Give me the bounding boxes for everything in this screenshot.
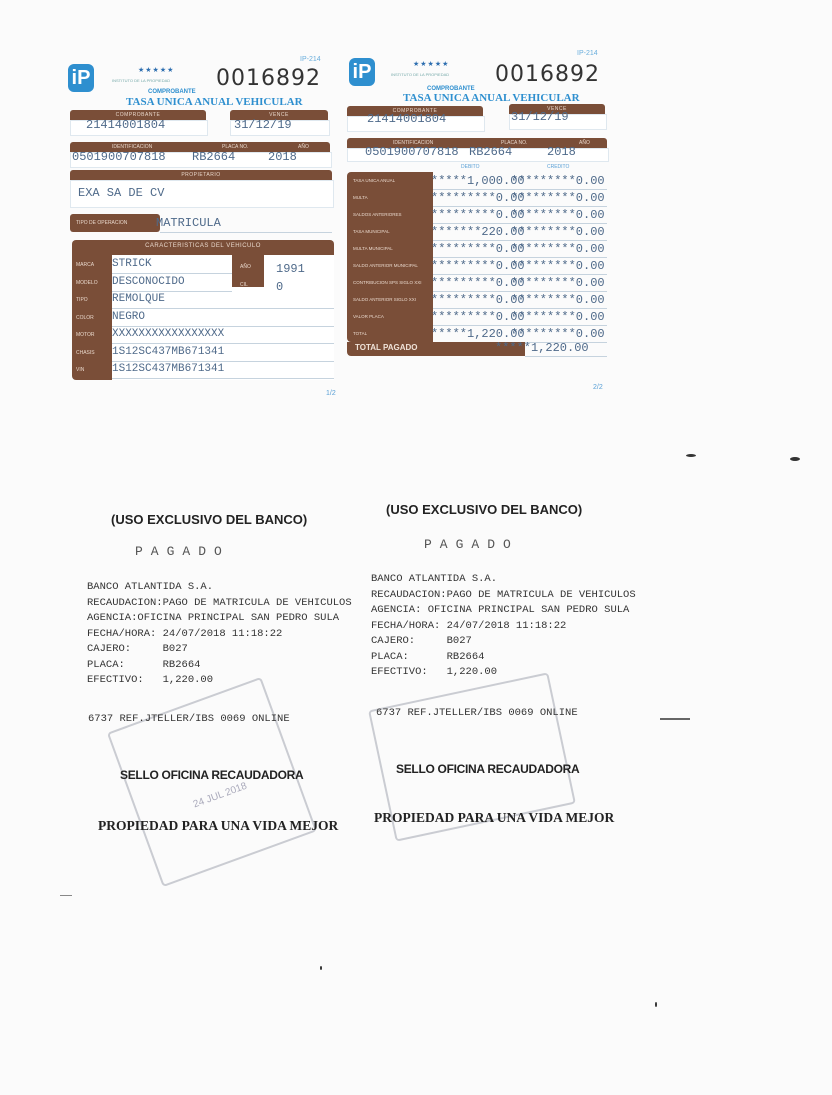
anio-value: 2018	[268, 150, 297, 164]
scan-speck	[790, 457, 800, 461]
receipt-right: iP ★★★★★ INSTITUTO DE LA PROPIEDAD IP-21…	[343, 46, 623, 396]
identificacion-value: 0501900707818	[365, 145, 459, 159]
anio-vehiculo-label: AÑO	[240, 264, 251, 270]
vehicle-label-motor: MOTOR	[76, 332, 95, 338]
charge-credito: *********0.00	[511, 208, 605, 222]
comprobante-subtitle: COMPROBANTE	[148, 89, 196, 95]
charge-label: SALDOS ANTERIORES	[353, 212, 402, 217]
propietario-label: PROPIETARIO	[70, 170, 332, 180]
ministry-name: INSTITUTO DE LA PROPIEDAD	[112, 78, 170, 83]
ip-logo-icon: iP	[349, 58, 375, 86]
slogan: PROPIEDAD PARA UNA VIDA MEJOR	[98, 818, 338, 834]
vehicle-section-title: CARACTERISTICAS DEL VEHICULO	[72, 243, 334, 249]
cil-label: CIL	[240, 282, 248, 288]
vence-value: 31/12/19	[234, 118, 292, 132]
vehicle-label-vin: VIN	[76, 367, 84, 373]
bank-use-header: (USO EXCLUSIVO DEL BANCO)	[386, 502, 582, 517]
charge-label: SALDO ANTERIOR MUNICIPAL	[353, 263, 418, 268]
anio-value: 2018	[547, 145, 576, 159]
charge-label: SALDO ANTERIOR SIGLO XXI	[353, 297, 416, 302]
placa-value: RB2664	[192, 150, 235, 164]
vehicle-label-tipo: TIPO	[76, 297, 88, 303]
vehicle-label-color: COLOR	[76, 315, 94, 321]
vehicle-value-marca: STRICK	[112, 258, 152, 270]
comprobante-value: 21414001804	[86, 118, 165, 132]
vehicle-value-modelo: DESCONOCIDO	[112, 276, 185, 288]
ip-logo-icon: iP	[68, 64, 94, 92]
charge-credito: *********0.00	[511, 225, 605, 239]
anio-vehiculo-value: 1991	[276, 262, 305, 276]
charge-credito: *********0.00	[511, 242, 605, 256]
tipo-operacion-label: TIPO DE OPERACION	[70, 214, 160, 232]
scan-speck	[655, 1002, 657, 1007]
stamp-label: SELLO OFICINA RECAUDADORA	[120, 768, 303, 782]
credito-label: CREDITO	[547, 164, 569, 170]
payment-status: PAGADO	[424, 537, 519, 552]
charge-label: MULTA	[353, 195, 368, 200]
tipo-operacion-value: MATRICULA	[156, 216, 221, 230]
vehicle-value-vin: 1S12SC437MB671341	[112, 363, 224, 375]
charge-label: TASA UNICA ANUAL	[353, 178, 395, 183]
document-title: TASA UNICA ANUAL VEHICULAR	[126, 96, 303, 108]
charge-credito: *********0.00	[511, 276, 605, 290]
vehicle-label-chasis: CHASIS	[76, 350, 95, 356]
charge-label: CONTRIBUCION SPS SIGLO XXI	[353, 280, 422, 285]
scan-speck	[686, 454, 696, 457]
scan-line	[60, 895, 72, 896]
page-number: 1/2	[326, 390, 336, 397]
bank-reference: 6737 REF.JTELLER/IBS 0069 ONLINE	[88, 712, 290, 728]
office-stamp	[107, 677, 317, 887]
receipt-left: iP ★★★★★ INSTITUTO DE LA PROPIEDAD IP-21…	[62, 52, 342, 402]
vehicle-value-color: NEGRO	[112, 311, 145, 323]
propietario-value: EXA SA DE CV	[78, 186, 164, 200]
charge-credito: *********0.00	[511, 327, 605, 341]
vence-value: 31/12/19	[511, 110, 569, 124]
charge-credito: *********0.00	[511, 191, 605, 205]
vehicle-label-marca: MARCA	[76, 262, 94, 268]
debito-label: DEBITO	[461, 164, 480, 170]
bank-use-header: (USO EXCLUSIVO DEL BANCO)	[111, 512, 307, 527]
total-pagado-value: *****1,220.00	[495, 341, 589, 355]
charge-credito: *********0.00	[511, 174, 605, 188]
charge-label: TASA MUNICIPAL	[353, 229, 390, 234]
anio-label: AÑO	[579, 140, 590, 146]
bank-receipt-lines: BANCO ATLANTIDA S.A. RECAUDACION:PAGO DE…	[371, 572, 636, 681]
stars-icon: ★★★★★	[138, 66, 174, 74]
vehicle-value-tipo: REMOLQUE	[112, 293, 165, 305]
vehicle-label-modelo: MODELO	[76, 280, 98, 286]
charge-credito: *********0.00	[511, 310, 605, 324]
ministry-name: INSTITUTO DE LA PROPIEDAD	[391, 72, 449, 77]
form-code: IP-214	[300, 56, 321, 63]
comprobante-value: 21414001804	[367, 112, 446, 126]
charge-label: MULTA MUNICIPAL	[353, 246, 393, 251]
bank-reference: 6737 REF.JTELLER/IBS 0069 ONLINE	[376, 706, 578, 722]
total-pagado-label: TOTAL PAGADO	[355, 343, 418, 352]
scan-line	[660, 718, 690, 720]
charge-label: TOTAL	[353, 331, 367, 336]
vehicle-value-motor: XXXXXXXXXXXXXXXXX	[112, 328, 224, 340]
stars-icon: ★★★★★	[413, 60, 449, 68]
folio-number: 0016892	[495, 62, 600, 87]
identificacion-value: 0501900707818	[72, 150, 166, 164]
charge-credito: *********0.00	[511, 259, 605, 273]
vehicle-value-chasis: 1S12SC437MB671341	[112, 346, 224, 358]
page-number: 2/2	[593, 384, 603, 391]
stamp-label: SELLO OFICINA RECAUDADORA	[396, 762, 579, 776]
charge-label: VALOR PLACA	[353, 314, 384, 319]
slogan: PROPIEDAD PARA UNA VIDA MEJOR	[374, 810, 614, 826]
cil-value: 0	[276, 280, 283, 294]
bank-receipt-lines: BANCO ATLANTIDA S.A. RECAUDACION:PAGO DE…	[87, 580, 352, 689]
folio-number: 0016892	[216, 66, 321, 91]
scan-speck	[320, 966, 322, 970]
payment-status: PAGADO	[135, 544, 230, 559]
anio-label: AÑO	[298, 144, 309, 150]
charge-credito: *********0.00	[511, 293, 605, 307]
document-title: TASA UNICA ANUAL VEHICULAR	[403, 92, 580, 104]
form-code: IP-214	[577, 50, 598, 57]
placa-value: RB2664	[469, 145, 512, 159]
